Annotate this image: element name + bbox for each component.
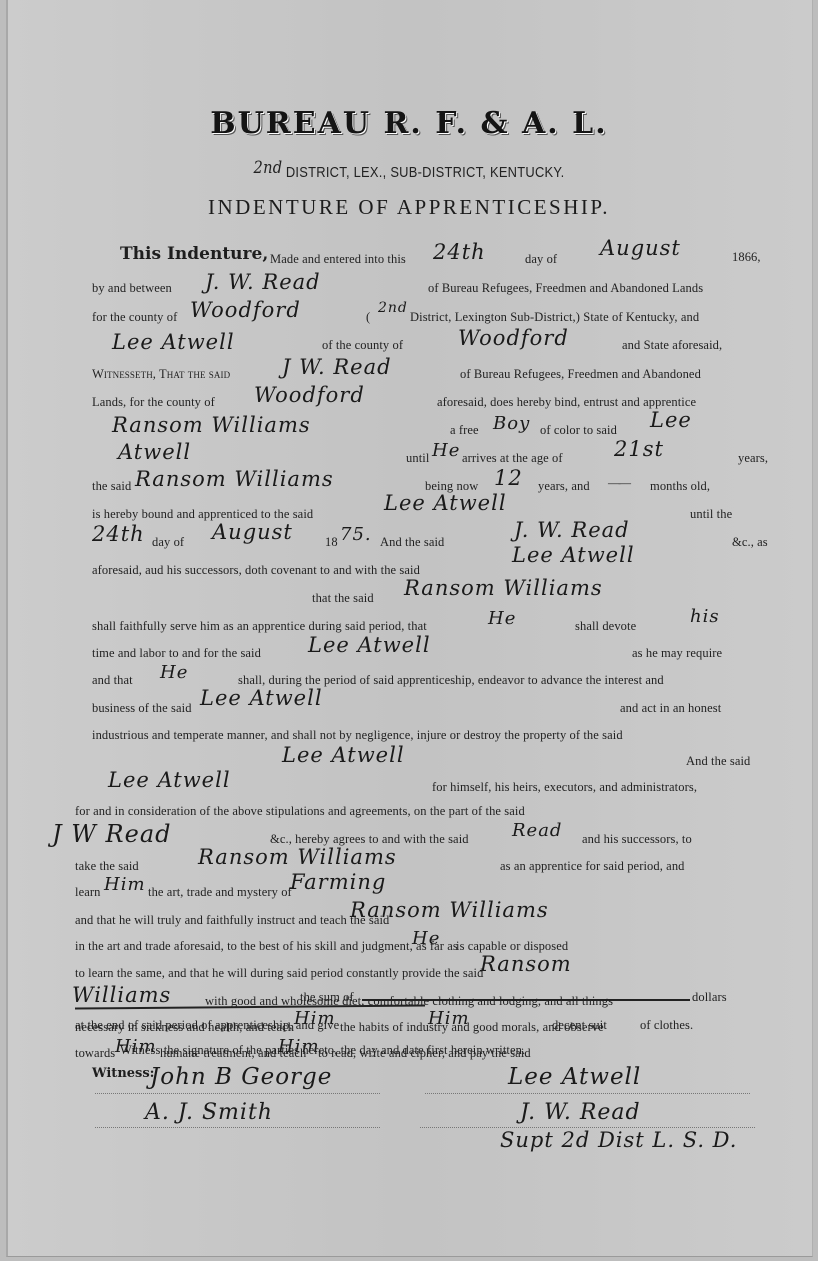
text: until	[406, 451, 429, 466]
agent-signature: J. W. Read	[520, 1100, 641, 1125]
text: Witness the signature of the parties her…	[120, 1043, 525, 1058]
text: a free	[450, 423, 479, 438]
field-master: Lee Atwell	[512, 543, 635, 567]
text: towards	[75, 1046, 115, 1061]
witness-1-signature: John B George	[150, 1064, 332, 1090]
text: time and labor to and for the said	[92, 646, 261, 661]
text: And the said	[686, 754, 750, 769]
text: 18	[325, 535, 338, 550]
field-pronoun: He	[412, 928, 440, 949]
text: of color to said	[540, 423, 617, 438]
field-apprentice-last: Williams	[72, 983, 171, 1007]
text: industrious and temperate manner, and sh…	[92, 728, 623, 743]
text: decent suit	[552, 1018, 607, 1033]
text: and his successors, to	[582, 832, 692, 847]
field-master: Lee Atwell	[384, 491, 507, 515]
text: Lands, for the county of	[92, 395, 215, 410]
field-pronoun: Him	[104, 874, 146, 895]
field-age: 21st	[614, 437, 664, 461]
text: and that he will truly and faithfully in…	[75, 913, 389, 928]
bureau-title: BUREAU R. F. & A. L.	[0, 106, 818, 141]
text: dollars	[692, 990, 727, 1005]
text: day of	[525, 252, 557, 267]
field-day: 24th	[433, 240, 486, 264]
field-months: ——	[608, 476, 629, 491]
field-years: 12	[494, 466, 523, 490]
field-end-month: August	[212, 520, 293, 544]
field-pronoun: He	[488, 608, 516, 629]
text: arrives at the age of	[462, 451, 563, 466]
text: aforesaid, aud his successors, doth cove…	[92, 563, 420, 578]
field-apprentice: Ransom Williams	[350, 898, 549, 922]
text: in the art and trade aforesaid, to the b…	[75, 939, 458, 954]
field-agent: J. W. Read	[205, 270, 321, 294]
text: 1866,	[732, 250, 761, 265]
text: of the county of	[322, 338, 403, 353]
text: take the said	[75, 859, 139, 874]
text: day of	[152, 535, 184, 550]
field-apprentice-first: Ransom	[480, 952, 572, 976]
master-signature: Lee Atwell	[508, 1064, 641, 1090]
text: as he may require	[632, 646, 722, 661]
field-apprentice: Ransom Williams	[198, 845, 397, 869]
document-title: INDENTURE OF APPRENTICESHIP.	[0, 195, 818, 220]
text: and that	[92, 673, 133, 688]
district-handwritten: 2nd	[254, 158, 283, 178]
text: And the said	[380, 535, 444, 550]
agent-title: Supt 2d Dist L. S. D.	[500, 1128, 737, 1152]
field-agent: J. W. Read	[514, 518, 630, 542]
field-pronoun: He	[432, 440, 460, 461]
text: months old,	[650, 479, 710, 494]
field-pronoun: He	[160, 662, 188, 683]
text: and State aforesaid,	[622, 338, 722, 353]
field-county: Woodford	[190, 298, 301, 322]
field-trade: Farming	[290, 870, 386, 894]
field-district-num: 2nd	[378, 300, 408, 316]
text: for himself, his heirs, executors, and a…	[432, 780, 697, 795]
text: the art, trade and mystery of	[148, 885, 292, 900]
text: learn	[75, 885, 100, 900]
text: the sum of	[300, 990, 354, 1005]
field-master: Lee Atwell	[282, 743, 405, 767]
text: by and between	[92, 281, 172, 296]
field-apprentice: Ransom Williams	[135, 467, 334, 491]
text: years, and	[538, 479, 590, 494]
field-apprentice: Ransom Williams	[404, 576, 603, 600]
text: for and in consideration of the above st…	[75, 804, 525, 819]
field-master: Lee Atwell	[108, 768, 231, 792]
text: of Bureau Refugees, Freedmen and Abandon…	[428, 281, 703, 296]
text: shall devote	[575, 619, 636, 634]
field-possessive: his	[690, 606, 720, 627]
text: for the county of	[92, 310, 177, 325]
text: District, Lexington Sub-District,) State…	[410, 310, 699, 325]
text: &c., as	[732, 535, 768, 550]
field-gender: Boy	[493, 413, 530, 434]
text: of clothes.	[640, 1018, 693, 1033]
witness-label: Witness:	[92, 1066, 154, 1081]
district-text: DISTRICT, LEX., SUB-DISTRICT, KENTUCKY.	[286, 164, 565, 181]
field-master: Lee Atwell	[112, 330, 235, 354]
field-agent: J W Read	[52, 820, 172, 848]
ink-strike-line	[362, 999, 690, 1001]
text: Witnesseth, That the said	[92, 367, 230, 382]
text: as an apprentice for said period, and	[500, 859, 685, 874]
indenture-lead: This Indenture,	[120, 244, 268, 264]
field-county: Woodford	[254, 383, 365, 407]
text: business of the said	[92, 701, 192, 716]
witness-1-line	[95, 1093, 380, 1094]
text: to learn the same, and that he will duri…	[75, 966, 483, 981]
text: shall faithfully serve him as an apprent…	[92, 619, 427, 634]
field-end-day: 24th	[92, 522, 145, 546]
text: of Bureau Refugees, Freedmen and Abandon…	[460, 367, 701, 382]
master-signature-line	[425, 1093, 750, 1094]
text: years,	[738, 451, 768, 466]
text: at the end of said period of apprentices…	[75, 1018, 339, 1033]
field-master-last: Atwell	[118, 440, 191, 464]
field-master: Lee Atwell	[308, 633, 431, 657]
witness-2-line	[95, 1127, 380, 1128]
field-agent: J W. Read	[282, 355, 392, 379]
field-end-year: 75.	[340, 524, 372, 545]
field-agent-short: Read	[512, 820, 562, 841]
text: the said	[92, 479, 131, 494]
text: until the	[690, 507, 732, 522]
text: (	[366, 310, 370, 325]
text: and act in an honest	[620, 701, 721, 716]
field-master-first: Lee	[650, 408, 692, 432]
field-month: August	[600, 236, 681, 260]
witness-2-signature: A. J. Smith	[145, 1100, 273, 1125]
field-county: Woodford	[458, 326, 569, 350]
field-pronoun: Him	[428, 1008, 470, 1029]
text: that the said	[312, 591, 374, 606]
district-line: 2ndDISTRICT, LEX., SUB-DISTRICT, KENTUCK…	[57, 158, 760, 181]
field-master: Lee Atwell	[200, 686, 323, 710]
text: Made and entered into this	[270, 252, 406, 267]
field-apprentice: Ransom Williams	[112, 413, 311, 437]
